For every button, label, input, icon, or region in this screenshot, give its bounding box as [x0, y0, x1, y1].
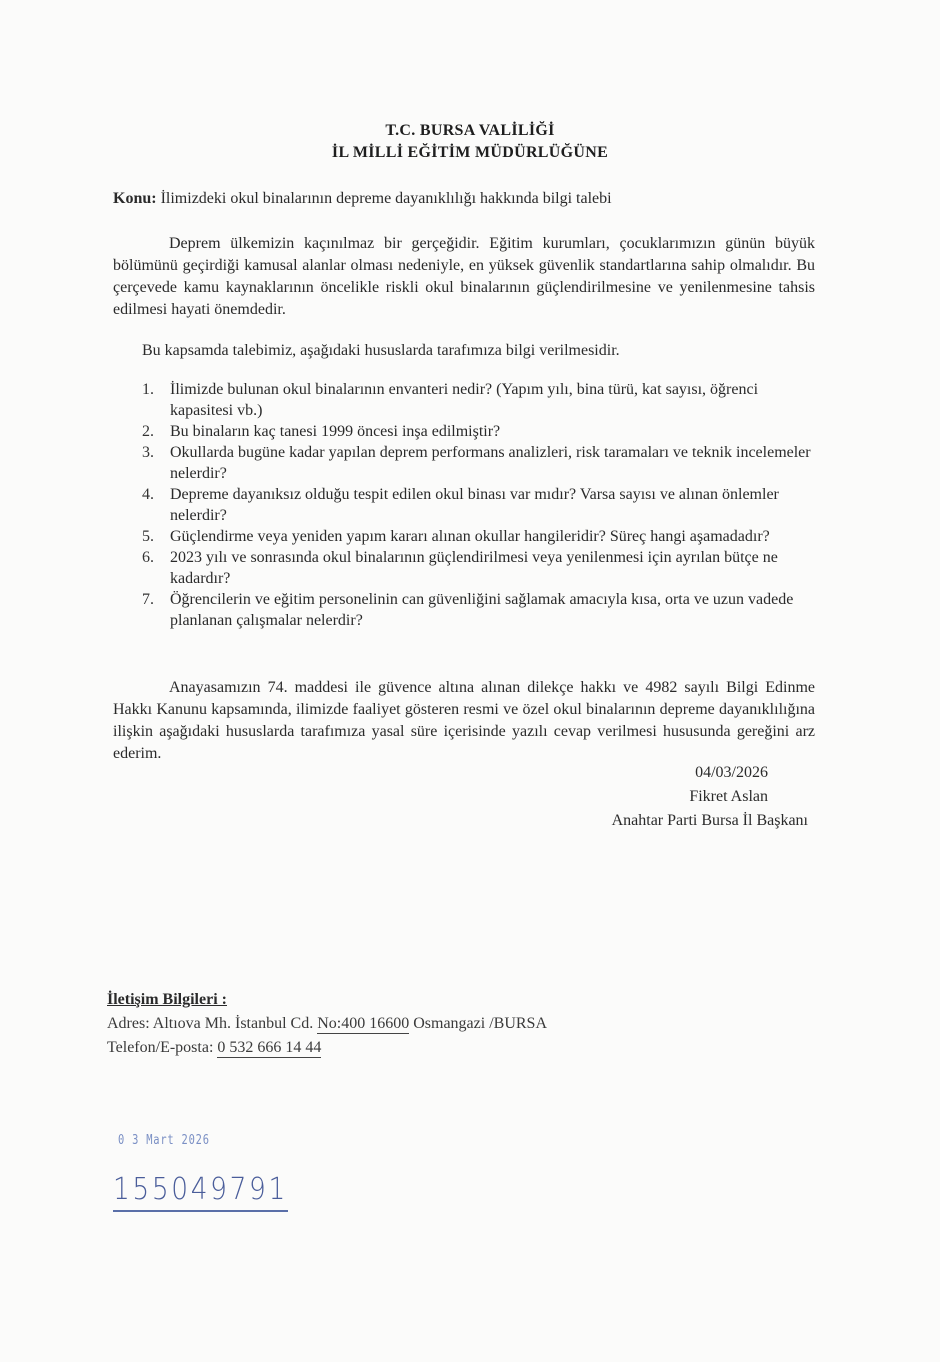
list-item: 7.Öğrencilerin ve eğitim personelinin ca… — [142, 589, 822, 631]
heading-line-2: İL MİLLİ EĞİTİM MÜDÜRLÜĞÜNE — [0, 142, 940, 164]
request-paragraph: Bu kapsamda talebimiz, aşağıdaki hususla… — [142, 340, 822, 362]
closing-paragraph: Anayasamızın 74. maddesi ile güvence alt… — [113, 677, 815, 765]
subject-line: Konu: İlimizdeki okul binalarının deprem… — [113, 188, 612, 210]
received-date-stamp: 0 3 Mart 2026 — [118, 1133, 210, 1148]
document-heading: T.C. BURSA VALİLİĞİ İL MİLLİ EĞİTİM MÜDÜ… — [0, 120, 940, 164]
handwritten-underline — [113, 1210, 288, 1212]
question-list: 1.İlimizde bulunan okul binalarının enva… — [142, 379, 822, 631]
list-item: 4.Depreme dayanıksız olduğu tespit edile… — [142, 484, 822, 526]
intro-paragraph: Deprem ülkemizin kaçınılmaz bir gerçeğid… — [113, 233, 815, 321]
contact-phone: Telefon/E-posta: 0 532 666 14 44 — [107, 1036, 547, 1060]
heading-line-1: T.C. BURSA VALİLİĞİ — [0, 120, 940, 142]
subject-label: Konu: — [113, 190, 157, 207]
contact-block: İletişim Bilgileri : Adres: Altıova Mh. … — [107, 988, 547, 1060]
subject-text: İlimizdeki okul binalarının depreme daya… — [161, 190, 612, 207]
list-item: 5.Güçlendirme veya yeniden yapım kararı … — [142, 526, 822, 547]
list-item: 3.Okullarda bugüne kadar yapılan deprem … — [142, 442, 822, 484]
signature-date: 04/03/2026 — [508, 761, 808, 785]
contact-address: Adres: Altıova Mh. İstanbul Cd. No:400 1… — [107, 1012, 547, 1036]
list-item: 6.2023 yılı ve sonrasında okul binaların… — [142, 547, 822, 589]
signature-block: 04/03/2026 Fikret Aslan Anahtar Parti Bu… — [508, 761, 808, 833]
list-item: 2.Bu binaların kaç tanesi 1999 öncesi in… — [142, 421, 822, 442]
document-page: T.C. BURSA VALİLİĞİ İL MİLLİ EĞİTİM MÜDÜ… — [0, 0, 940, 1362]
contact-title: İletişim Bilgileri : — [107, 988, 547, 1012]
handwritten-registry-number: 155049791 — [113, 1172, 289, 1207]
list-item: 1.İlimizde bulunan okul binalarının enva… — [142, 379, 822, 421]
signature-name: Fikret Aslan — [508, 785, 808, 809]
signature-title: Anahtar Parti Bursa İl Başkanı — [508, 809, 808, 833]
